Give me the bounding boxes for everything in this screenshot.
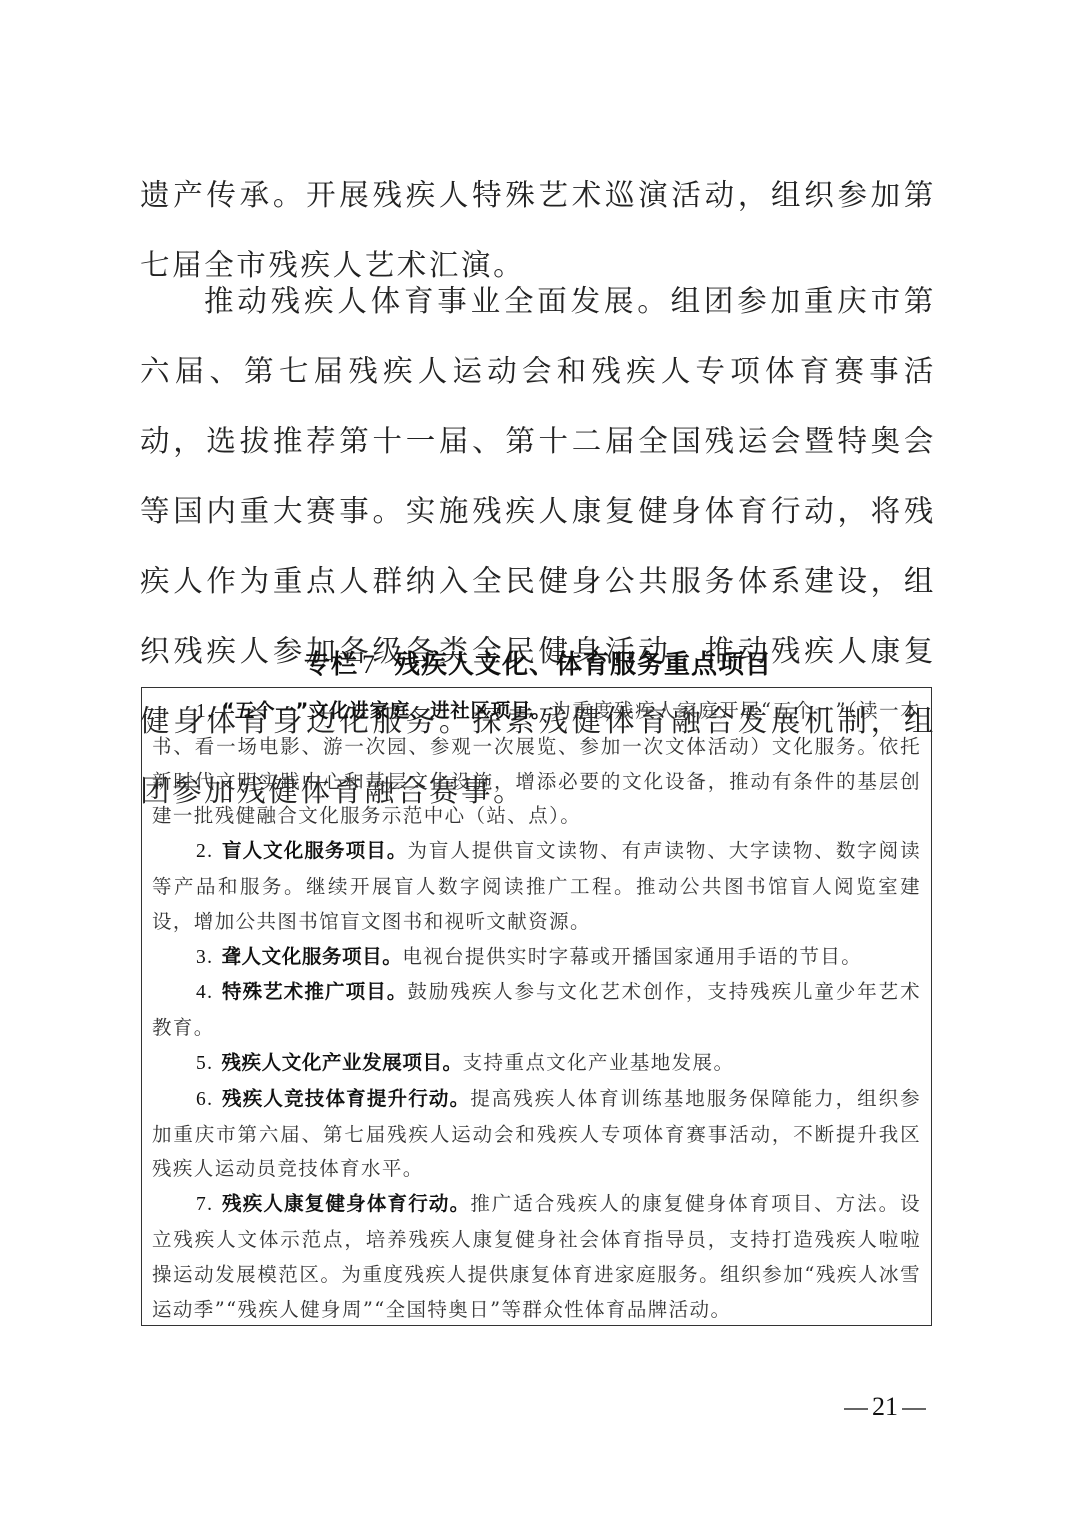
column-item: 4.特殊艺术推广项目。鼓励残疾人参与文化艺术创作，支持残疾儿童少年艺术教育。 xyxy=(152,975,921,1046)
item-heading: 特殊艺术推广项目。 xyxy=(221,980,407,1003)
item-number: 3. xyxy=(196,947,213,968)
item-number: 1. xyxy=(196,701,213,722)
item-text: 支持重点文化产业基地发展。 xyxy=(463,1051,735,1074)
column-item: 7.残疾人康复健身体育行动。推广适合残疾人的康复健身体育项目、方法。设立残疾人文… xyxy=(152,1187,921,1327)
item-number: 7. xyxy=(196,1194,213,1215)
column-box-title: 专栏7残疾人文化、体育服务重点项目 xyxy=(140,643,936,687)
item-heading: 残疾人康复健身体育行动。 xyxy=(221,1192,470,1215)
item-heading: 残疾人竞技体育提升行动。 xyxy=(221,1087,470,1110)
item-number: 2. xyxy=(196,841,213,862)
column-box: 1.“五个一”文化进家庭、进社区项目。为重度残疾人家庭开展“五个一”（读一本书、… xyxy=(141,687,932,1326)
column-item: 1.“五个一”文化进家庭、进社区项目。为重度残疾人家庭开展“五个一”（读一本书、… xyxy=(152,694,921,834)
dash-left xyxy=(844,1408,868,1410)
item-heading: 盲人文化服务项目。 xyxy=(221,839,407,862)
dash-right xyxy=(902,1408,926,1410)
column-item: 5.残疾人文化产业发展项目。支持重点文化产业基地发展。 xyxy=(152,1046,921,1082)
column-item: 3.聋人文化服务项目。电视台提供实时字幕或开播国家通用手语的节目。 xyxy=(152,940,921,976)
item-heading: “五个一”文化进家庭、进社区项目。 xyxy=(221,699,551,722)
item-number: 4. xyxy=(196,982,213,1003)
page-number-value: 21 xyxy=(872,1392,898,1421)
item-number: 6. xyxy=(196,1089,213,1110)
column-label: 专栏 xyxy=(304,650,358,680)
column-item: 6.残疾人竞技体育提升行动。提高残疾人体育训练基地服务保障能力，组织参加重庆市第… xyxy=(152,1082,921,1187)
column-number: 7 xyxy=(362,650,376,679)
item-text: 电视台提供实时字幕或开播国家通用手语的节目。 xyxy=(402,945,862,968)
item-heading: 残疾人文化产业发展项目。 xyxy=(221,1051,462,1074)
page-number: 21 xyxy=(820,1392,950,1422)
column-item: 2.盲人文化服务项目。为盲人提供盲文读物、有声读物、大字读物、数字阅读等产品和服… xyxy=(152,834,921,939)
item-number: 5. xyxy=(196,1053,213,1074)
item-heading: 聋人文化服务项目。 xyxy=(221,945,402,968)
column-title-text: 残疾人文化、体育服务重点项目 xyxy=(394,650,772,680)
